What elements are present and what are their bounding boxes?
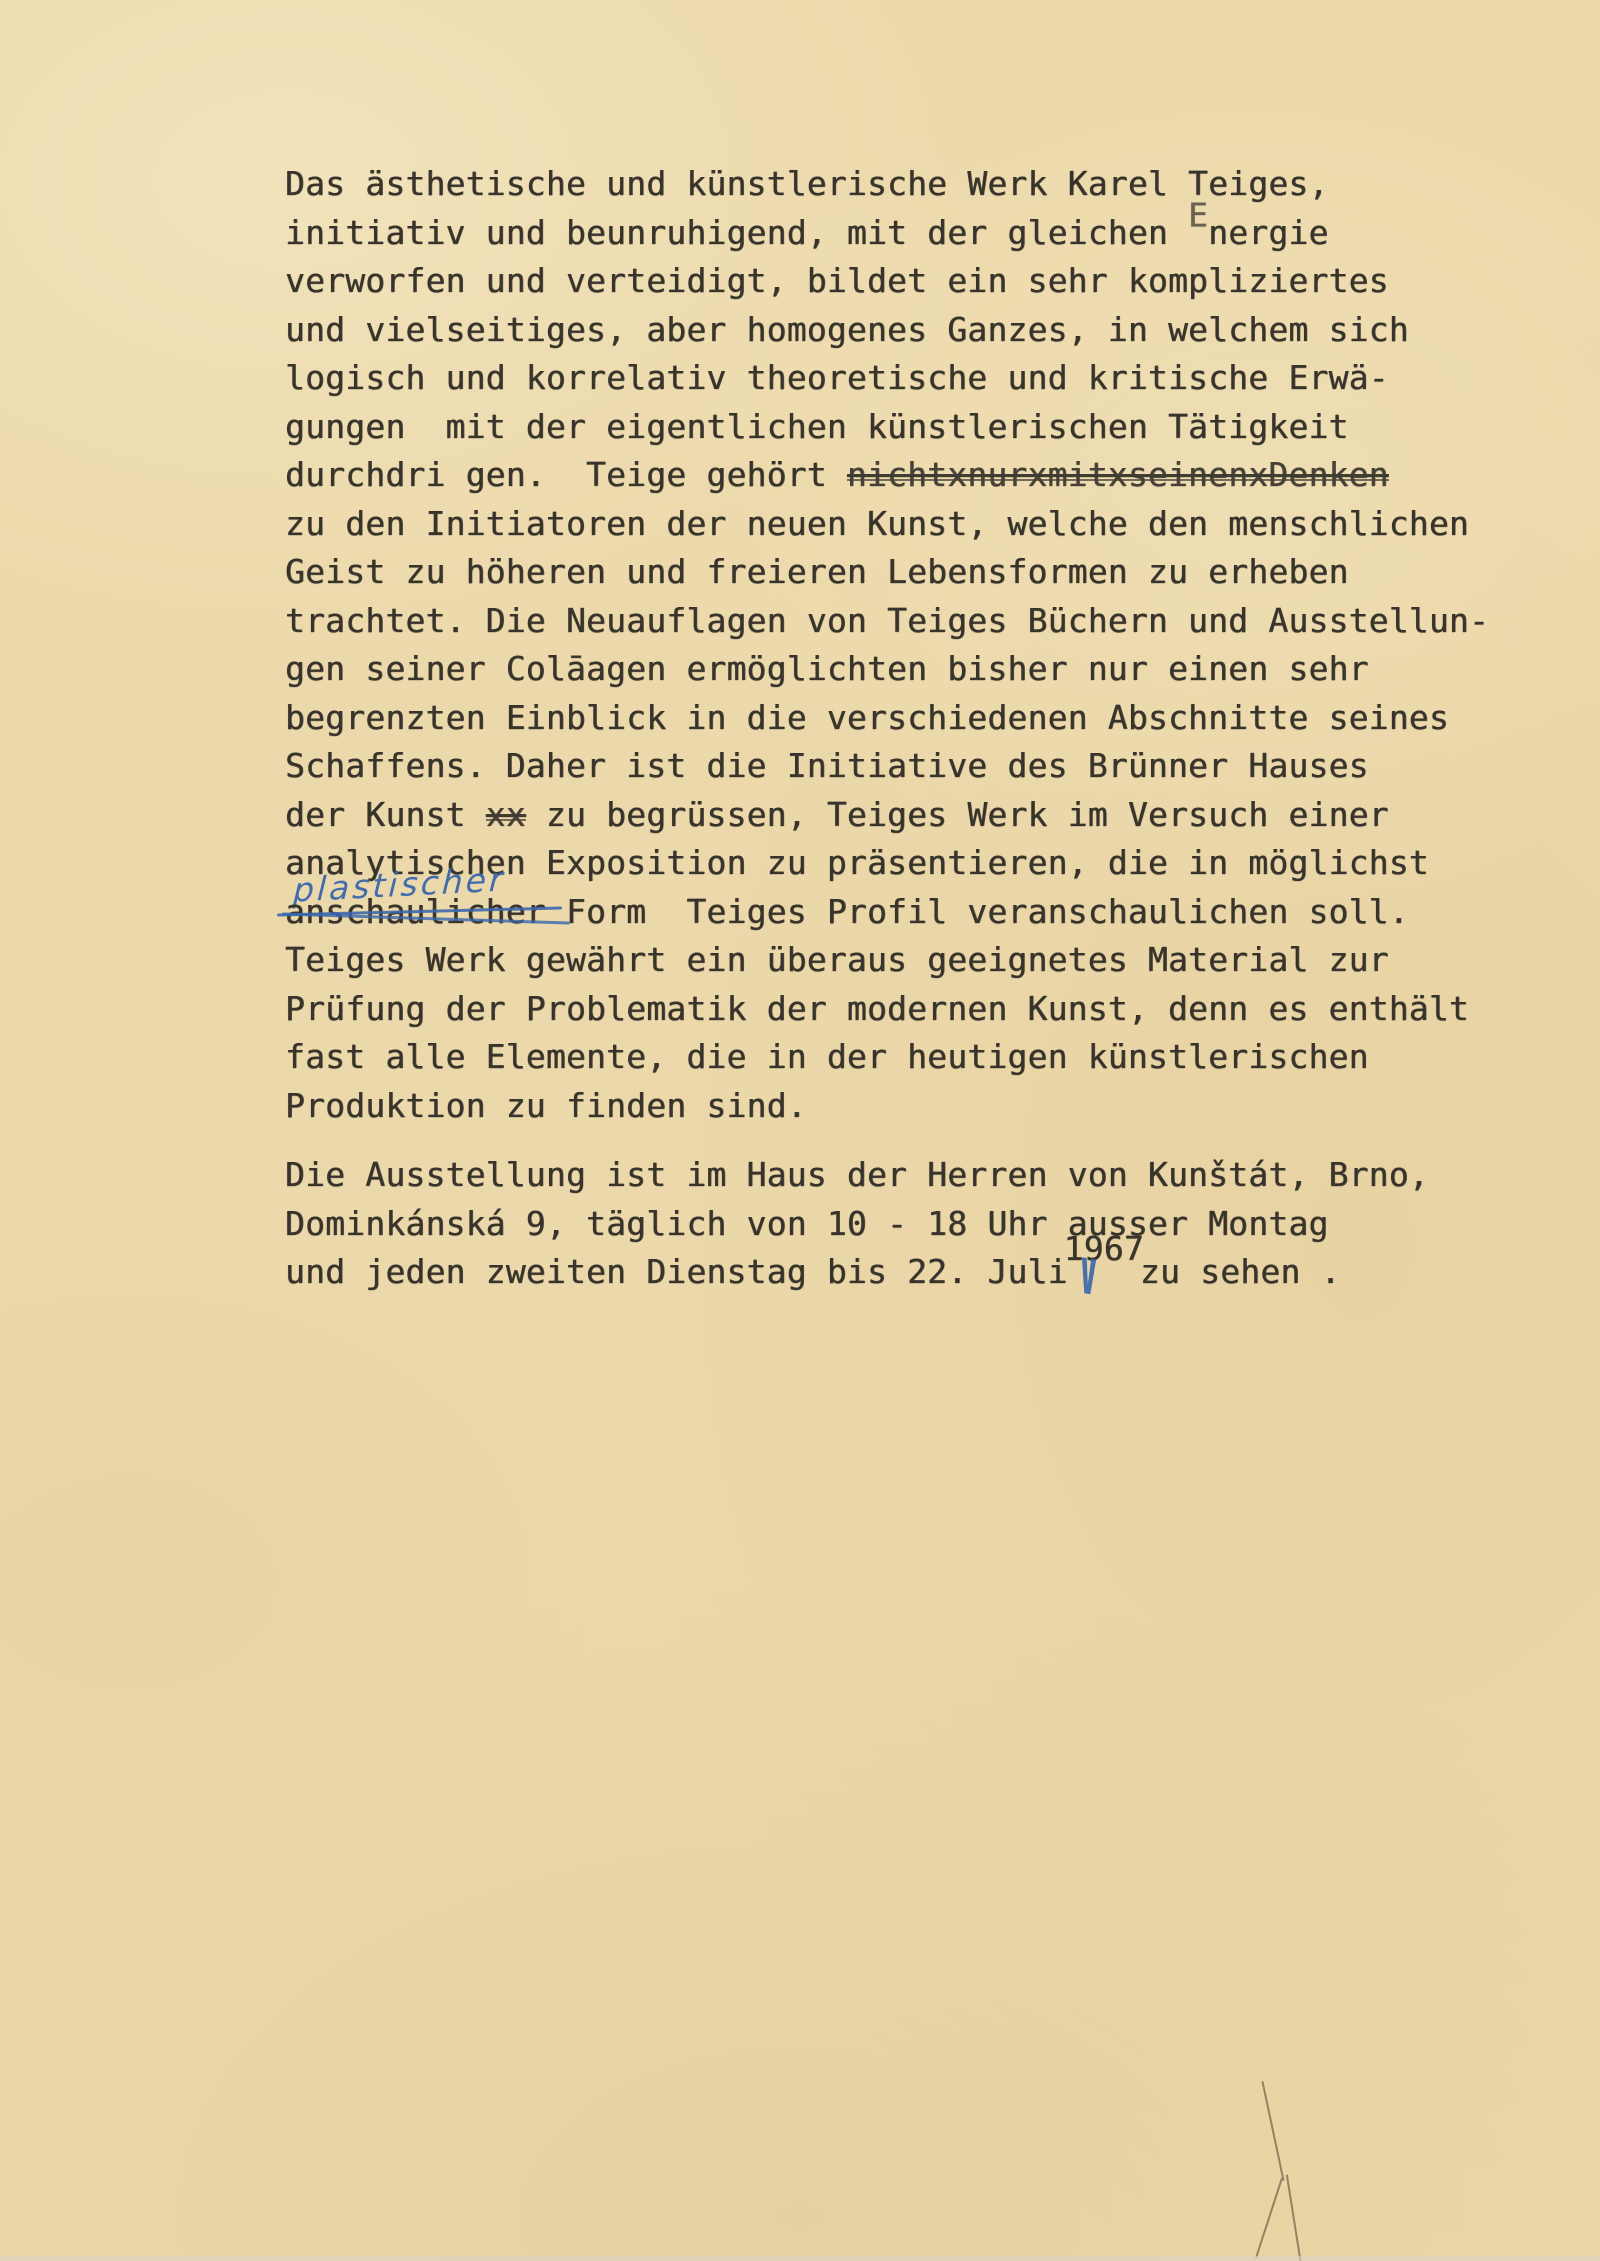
typed-text: Produktion zu finden sind. — [285, 1086, 807, 1125]
text-line: verworfen und verteidigt, bildet ein seh… — [285, 257, 1489, 306]
struck-out-typed-text: xx — [486, 795, 526, 834]
typed-text: Geist zu höheren und freieren Lebensform… — [285, 552, 1349, 591]
text-line: initiativ und beunruhigend, mit der glei… — [285, 209, 1489, 258]
typed-text: zu sehen . — [1140, 1252, 1341, 1291]
typed-text: logisch und korrelativ theoretische und … — [285, 358, 1389, 397]
document-page: Das ästhetische und künstlerische Werk K… — [0, 0, 1600, 2261]
crease-mark — [1255, 2178, 1283, 2259]
crease-mark — [1261, 2081, 1284, 2181]
typed-text: durchdri gen. Teige gehört — [285, 455, 847, 494]
text-line: Das ästhetische und künstlerische Werk K… — [285, 160, 1489, 209]
text-line: und vielseitiges, aber homogenes Ganzes,… — [285, 306, 1489, 355]
typed-text: und jeden zweiten Dienstag bis 22. Juli — [285, 1252, 1068, 1291]
typed-text: zu den Initiatoren der neuen Kunst, welc… — [285, 504, 1469, 543]
typed-text: Prüfung der Problematik der modernen Kun… — [285, 989, 1469, 1028]
struck-out-typed-text: nichtxnurxmitxseinenxDenken — [847, 455, 1389, 494]
text-line: der Kunst xx zu begrüssen, Teiges Werk i… — [285, 791, 1489, 840]
caret-insertion-icon: ∨ — [1077, 1242, 1101, 1306]
typed-text: begrenzten Einblick in die verschiedenen… — [285, 698, 1449, 737]
text-line: Geist zu höheren und freieren Lebensform… — [285, 548, 1489, 597]
typed-text: Form Teiges Profil veranschaulichen soll… — [546, 892, 1409, 931]
text-line: Schaffens. Daher ist die Initiative des … — [285, 742, 1489, 791]
typed-text: Dominkánská 9, täglich von 10 - 18 Uhr a… — [285, 1204, 1329, 1243]
text-line: durchdri gen. Teige gehört nichtxnurxmit… — [285, 451, 1489, 500]
paragraph-exhibition-info: Die Ausstellung ist im Haus der Herren v… — [285, 1151, 1489, 1297]
text-line: trachtet. Die Neuauflagen von Teiges Büc… — [285, 597, 1489, 646]
raised-character: E — [1188, 191, 1208, 240]
text-line: Prüfung der Problematik der modernen Kun… — [285, 985, 1489, 1034]
typed-text: zu begrüssen, Teiges Werk im Versuch ein… — [526, 795, 1389, 834]
text-line: gungen mit der eigentlichen künstlerisch… — [285, 403, 1489, 452]
typed-text: der Kunst — [285, 795, 486, 834]
paragraph-main: Das ästhetische und künstlerische Werk K… — [285, 160, 1489, 1130]
text-line: begrenzten Einblick in die verschiedenen… — [285, 694, 1489, 743]
text-line: Teiges Werk gewährt ein überaus geeignet… — [285, 936, 1489, 985]
typed-text: trachtet. Die Neuauflagen von Teiges Büc… — [285, 601, 1489, 640]
blue-struck-word: anschaulicher — [285, 888, 546, 937]
typed-text: verworfen und verteidigt, bildet ein seh… — [285, 261, 1389, 300]
typed-text: gen seiner Colāagen ermöglichten bisher … — [285, 649, 1369, 688]
scan-edge — [0, 2256, 1600, 2261]
text-line: gen seiner Colāagen ermöglichten bisher … — [285, 645, 1489, 694]
text-line: und jeden zweiten Dienstag bis 22. Juli1… — [285, 1248, 1489, 1297]
typed-text: gungen mit der eigentlichen künstlerisch… — [285, 407, 1349, 446]
typed-text: Das ästhetische und künstlerische Werk K… — [285, 164, 1329, 203]
typed-text: nergie — [1208, 213, 1328, 252]
text-line: Produktion zu finden sind. — [285, 1082, 1489, 1131]
typed-text: und vielseitiges, aber homogenes Ganzes,… — [285, 310, 1409, 349]
typed-text: Die Ausstellung ist im Haus der Herren v… — [285, 1155, 1429, 1194]
crease-mark — [1286, 2174, 1302, 2261]
inserted-year: 1967 — [1064, 1225, 1144, 1274]
text-line: logisch und korrelativ theoretische und … — [285, 354, 1489, 403]
typed-text: Schaffens. Daher ist die Initiative des … — [285, 746, 1369, 785]
typed-text: Teiges Werk gewährt ein überaus geeignet… — [285, 940, 1389, 979]
text-line: plastischeranschaulicher Form Teiges Pro… — [285, 888, 1489, 937]
text-line: Die Ausstellung ist im Haus der Herren v… — [285, 1151, 1489, 1200]
typed-text: initiativ und beunruhigend, mit der glei… — [285, 213, 1188, 252]
typewritten-text-block: Das ästhetische und künstlerische Werk K… — [285, 160, 1489, 1297]
text-line: fast alle Elemente, die in der heutigen … — [285, 1033, 1489, 1082]
text-line: zu den Initiatoren der neuen Kunst, welc… — [285, 500, 1489, 549]
typed-text: fast alle Elemente, die in der heutigen … — [285, 1037, 1369, 1076]
text-line: Dominkánská 9, täglich von 10 - 18 Uhr a… — [285, 1200, 1489, 1249]
